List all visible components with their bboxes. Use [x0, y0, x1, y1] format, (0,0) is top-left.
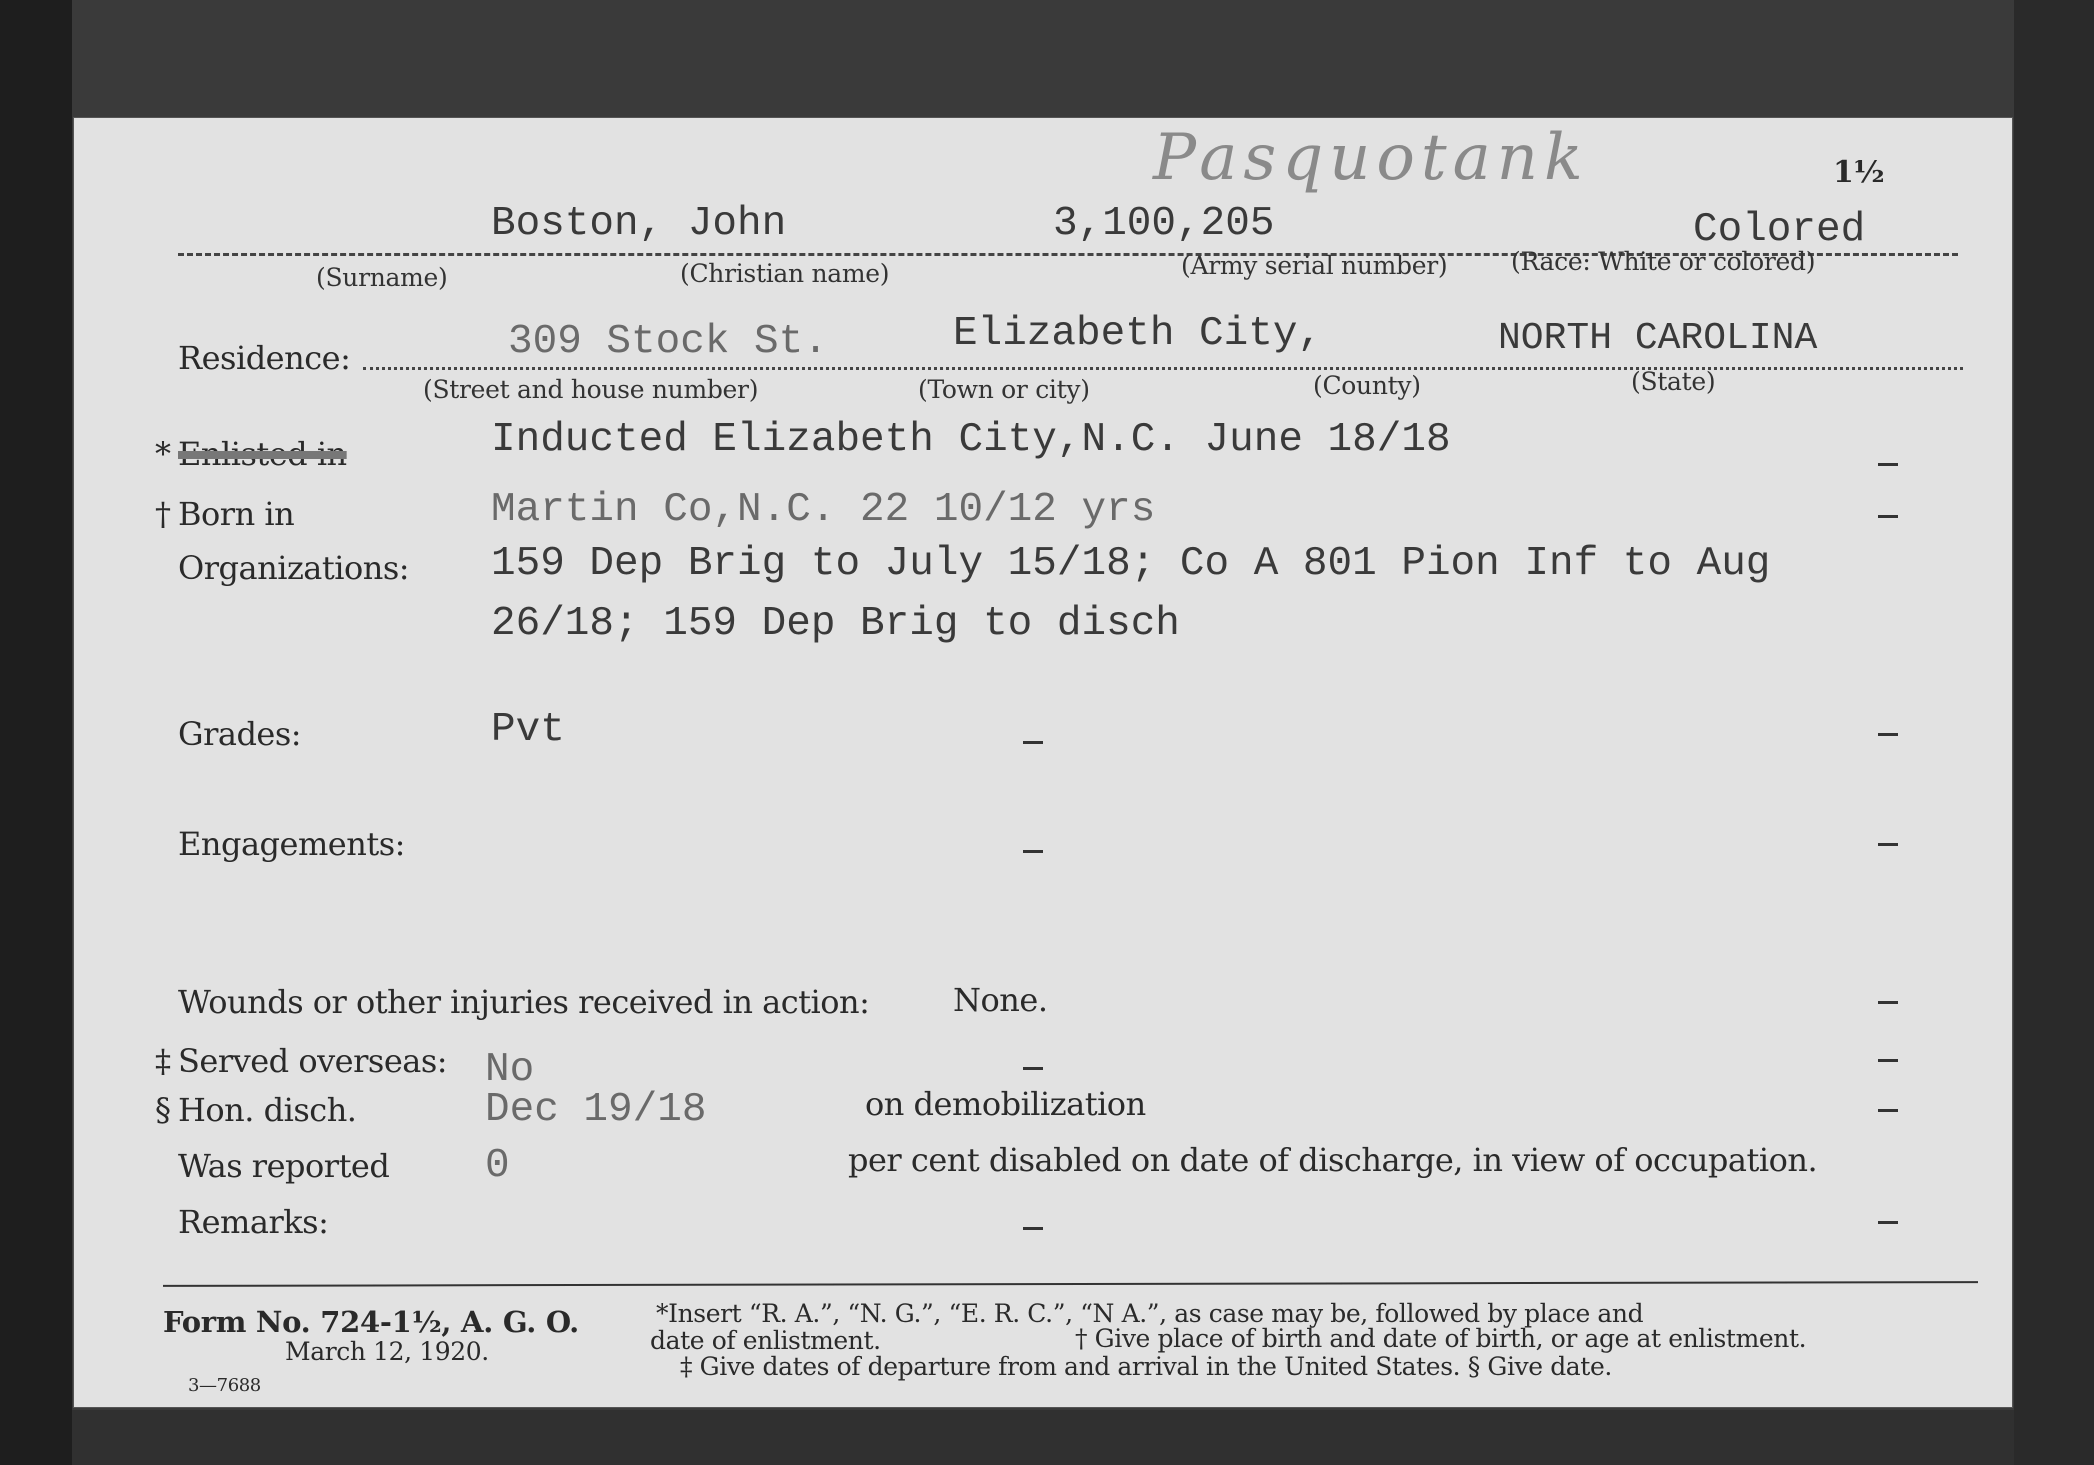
wounds-label: Wounds or other injuries received in act… [178, 983, 869, 1021]
dash-mark [1878, 1221, 1898, 1224]
enlisted-marker: * [155, 435, 171, 473]
born-value: Martin Co,N.C. 22 10/12 yrs [491, 487, 1155, 533]
footnote-2b: † Give place of birth and date of birth,… [1075, 1324, 1806, 1353]
dash-mark [1023, 741, 1043, 744]
footnote-3: ‡ Give dates of departure from and arriv… [680, 1352, 1612, 1381]
grades-label: Grades: [178, 715, 301, 753]
town-caption: (Town or city) [918, 375, 1090, 404]
remarks-label: Remarks: [178, 1203, 328, 1241]
organizations-line1: 159 Dep Brig to July 15/18; Co A 801 Pio… [491, 541, 1770, 587]
residence-underline [363, 367, 1963, 370]
footnote-2a: date of enlistment. [650, 1326, 881, 1355]
hon-disch-value: Dec 19/18 [485, 1087, 706, 1133]
residence-state: NORTH CAROLINA [1498, 317, 1817, 360]
born-marker: † [155, 495, 171, 533]
hon-disch-label: Hon. disch. [178, 1091, 356, 1129]
dash-mark [1878, 733, 1898, 736]
state-caption: (State) [1631, 367, 1715, 396]
dash-mark [1878, 463, 1898, 466]
residence-street: 309 Stock St. [508, 319, 828, 365]
dash-mark [1878, 843, 1898, 846]
scan-border-bottom [72, 1410, 2014, 1465]
born-label: Born in [178, 495, 294, 533]
county-caption: (County) [1313, 371, 1421, 400]
wounds-value: None. [953, 981, 1047, 1019]
grades-value: Pvt [491, 707, 565, 753]
enlisted-label: Enlisted in [178, 435, 347, 473]
surname-caption: (Surname) [316, 263, 448, 292]
name-value: Boston, John [491, 201, 786, 247]
organizations-label: Organizations: [178, 549, 409, 587]
organizations-line2: 26/18; 159 Dep Brig to disch [491, 601, 1180, 647]
race-caption: (Race: White or colored) [1511, 247, 1815, 276]
enlisted-value: Inducted Elizabeth City,N.C. June 18/18 [491, 417, 1451, 463]
form-number: Form No. 724-1½, A. G. O. [163, 1305, 579, 1339]
hon-disch-note: on demobilization [865, 1085, 1146, 1123]
form-date: March 12, 1920. [285, 1337, 489, 1366]
served-overseas-marker: ‡ [155, 1042, 171, 1080]
dash-mark [1878, 1109, 1898, 1112]
print-code: 3—7688 [188, 1375, 261, 1396]
residence-label: Residence: [178, 339, 350, 377]
serial-caption: (Army serial number) [1181, 251, 1447, 280]
dash-mark [1878, 515, 1898, 518]
dash-mark [1878, 1059, 1898, 1062]
footer-rule [163, 1281, 1978, 1287]
christian-name-caption: (Christian name) [680, 259, 889, 288]
hon-disch-marker: § [155, 1091, 171, 1129]
served-overseas-label: Served overseas: [178, 1042, 447, 1080]
was-reported-label: Was reported [178, 1147, 389, 1185]
serial-number-value: 3,100,205 [1053, 201, 1274, 247]
scan-border-left [0, 0, 72, 1465]
scan-border-right [2014, 0, 2094, 1465]
dash-mark [1023, 1067, 1043, 1070]
was-reported-note: per cent disabled on date of discharge, … [848, 1141, 1817, 1179]
dash-mark [1023, 1227, 1043, 1230]
residence-town: Elizabeth City, [953, 311, 1322, 357]
handwritten-county: Pasquotank [1153, 121, 1589, 195]
dash-mark [1878, 1001, 1898, 1004]
form-fraction: 1½ [1833, 155, 1884, 190]
dash-mark [1023, 850, 1043, 853]
street-caption: (Street and house number) [423, 375, 758, 404]
engagements-label: Engagements: [178, 825, 405, 863]
was-reported-value: 0 [485, 1143, 510, 1189]
service-record-card: Pasquotank 1½ Boston, John 3,100,205 Col… [73, 117, 2013, 1408]
